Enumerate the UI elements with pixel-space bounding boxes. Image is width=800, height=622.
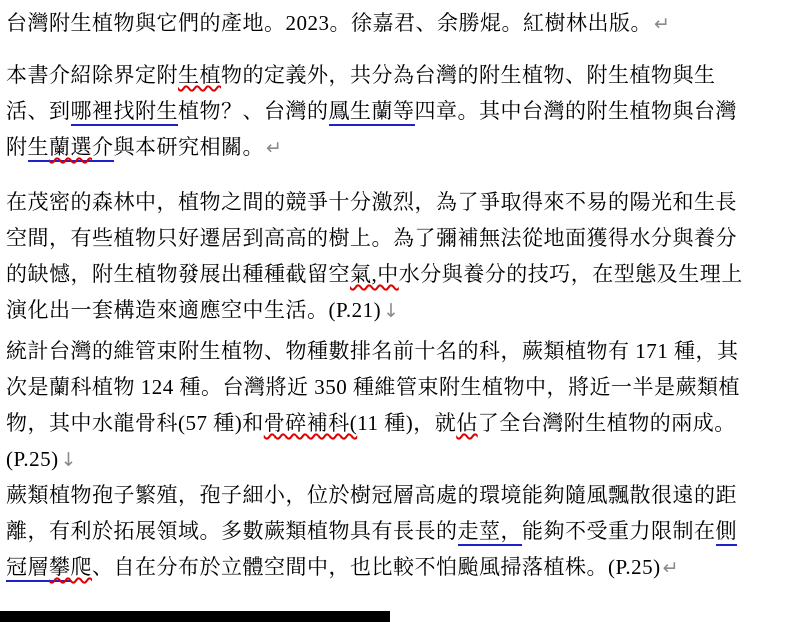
grammar-flagged-text: 攀 [49, 555, 71, 582]
paragraph: 台灣附生植物與它們的產地。2023。徐嘉君、余勝焜。紅樹林出版。↵ [6, 5, 794, 41]
text-segment: 統計台灣的維管束附生植物、物種數排名前十名的科，蕨類植物有 171 種，其 [6, 339, 739, 363]
text-line: 的缺憾，附生植物發展出種種截留空氣,中水分與養分的技巧，在型態及生理上 [6, 256, 794, 292]
text-line: 統計台灣的維管束附生植物、物種數排名前十名的科，蕨類植物有 171 種，其 [6, 333, 794, 369]
grammar-flagged-text: 冠層 [6, 555, 49, 582]
misspelled-text: 骨碎補科( [264, 411, 358, 435]
text-line: 本書介紹除界定附生植物的定義外，共分為台灣的附生植物、附生植物與生 [6, 57, 794, 93]
text-line: 空間，有些植物只好遷居到高高的樹上。為了彌補無法從地面獲得水分與養分 [6, 220, 794, 256]
grammar-flagged-text: 生 [28, 135, 50, 162]
document-text[interactable]: 台灣附生植物與它們的產地。2023。徐嘉君、余勝焜。紅樹林出版。↵本書介紹除界定… [0, 0, 800, 585]
misspelled-text: 佔 [456, 411, 478, 435]
text-line: 附生蘭選介與本研究相關。↵ [6, 129, 794, 165]
text-segment: 活、到 [6, 99, 71, 123]
document-page: 台灣附生植物與它們的產地。2023。徐嘉君、余勝焜。紅樹林出版。↵本書介紹除界定… [0, 0, 800, 622]
text-segment: 蕨類植物孢子繁殖，孢子細小，位於樹冠層高處的環境能夠隨風飄散很遠的距 [6, 483, 737, 507]
paragraph: 本書介紹除界定附生植物的定義外，共分為台灣的附生植物、附生植物與生活、到哪裡找附… [6, 57, 794, 165]
text-segment: 11 種)，就 [357, 411, 456, 435]
line-break-mark-icon: ↓ [381, 300, 399, 322]
text-line: 蕨類植物孢子繁殖，孢子細小，位於樹冠層高處的環境能夠隨風飄散很遠的距 [6, 477, 794, 513]
misspelled-text: 生植 [178, 63, 221, 87]
grammar-flagged-text: 鳳生蘭等 [329, 99, 415, 126]
bottom-black-bar [0, 611, 390, 622]
paragraph-mark-icon: ↵ [264, 137, 282, 159]
grammar-flagged-text: 哪裡找附生 [71, 99, 179, 126]
text-segment: 能夠不受重力限制在 [522, 519, 716, 543]
text-line: 在茂密的森林中，植物之間的競爭十分激烈，為了爭取得來不易的陽光和生長 [6, 184, 794, 220]
paragraph: 統計台灣的維管束附生植物、物種數排名前十名的科，蕨類植物有 171 種，其次是蘭… [6, 333, 794, 585]
text-segment: 的缺憾，附生植物發展出種種截留空 [6, 262, 350, 286]
text-segment: 在茂密的森林中，植物之間的競爭十分激烈，為了爭取得來不易的陽光和生長 [6, 190, 737, 214]
text-segment: 離，有利於拓展領域。多數蕨類植物具有長長的 [6, 519, 458, 543]
text-segment: 物的定義外，共分為台灣的附生植物、附生植物與生 [221, 63, 716, 87]
text-segment: 台灣附生植物與它們的產地。2023。徐嘉君、余勝焜。紅樹林出版。 [6, 11, 652, 35]
text-line: 離，有利於拓展領域。多數蕨類植物具有長長的走莖，能夠不受重力限制在側 [6, 513, 794, 549]
text-segment: 了全台灣附生植物的兩成。 [478, 411, 736, 435]
text-line: 冠層攀爬、自在分布於立體空間中，也比較不怕颱風掃落植株。(P.25)↵ [6, 549, 794, 585]
text-segment: 空間，有些植物只好遷居到高高的樹上。為了彌補無法從地面獲得水分與養分 [6, 226, 737, 250]
text-segment: 演化出一套構造來適應空中生活。(P.21) [6, 298, 381, 322]
paragraph-mark-icon: ↵ [661, 557, 679, 579]
text-segment: 本書介紹除界定附 [6, 63, 178, 87]
text-segment: 植物？、台灣的 [178, 99, 329, 123]
text-line: 演化出一套構造來適應空中生活。(P.21)↓ [6, 292, 794, 328]
grammar-flagged-text: 蘭選 [49, 135, 92, 162]
paragraph: 在茂密的森林中，植物之間的競爭十分激烈，為了爭取得來不易的陽光和生長空間，有些植… [6, 184, 794, 328]
text-segment: 與本研究相關。 [114, 135, 265, 159]
text-segment: 水分與養分的技巧，在型態及生理上 [399, 262, 743, 286]
paragraph-mark-icon: ↵ [652, 13, 670, 35]
text-segment: 四章。其中台灣的附生植物與台灣 [415, 99, 738, 123]
text-line: 活、到哪裡找附生植物？、台灣的鳳生蘭等四章。其中台灣的附生植物與台灣 [6, 93, 794, 129]
text-segment: 次是蘭科植物 124 種。台灣將近 350 種維管束附生植物中，將近一半是蕨類植 [6, 375, 740, 399]
text-segment: 附 [6, 135, 28, 159]
misspelled-text: 爬 [71, 555, 93, 579]
misspelled-text: 氣,中 [350, 262, 399, 286]
line-break-mark-icon: ↓ [59, 449, 77, 471]
text-segment: (P.25) [6, 447, 59, 471]
text-line: (P.25)↓ [6, 441, 794, 477]
text-line: 物，其中水龍骨科(57 種)和骨碎補科(11 種)，就佔了全台灣附生植物的兩成。 [6, 405, 794, 441]
grammar-flagged-text: 介 [92, 135, 114, 162]
grammar-flagged-text: 走莖， [458, 519, 523, 546]
text-segment: 物，其中水龍骨科(57 種)和 [6, 411, 264, 435]
text-line: 台灣附生植物與它們的產地。2023。徐嘉君、余勝焜。紅樹林出版。↵ [6, 5, 794, 41]
text-segment: 、自在分布於立體空間中，也比較不怕颱風掃落植株。(P.25) [92, 555, 661, 579]
grammar-flagged-text: 側 [716, 519, 738, 546]
text-line: 次是蘭科植物 124 種。台灣將近 350 種維管束附生植物中，將近一半是蕨類植 [6, 369, 794, 405]
